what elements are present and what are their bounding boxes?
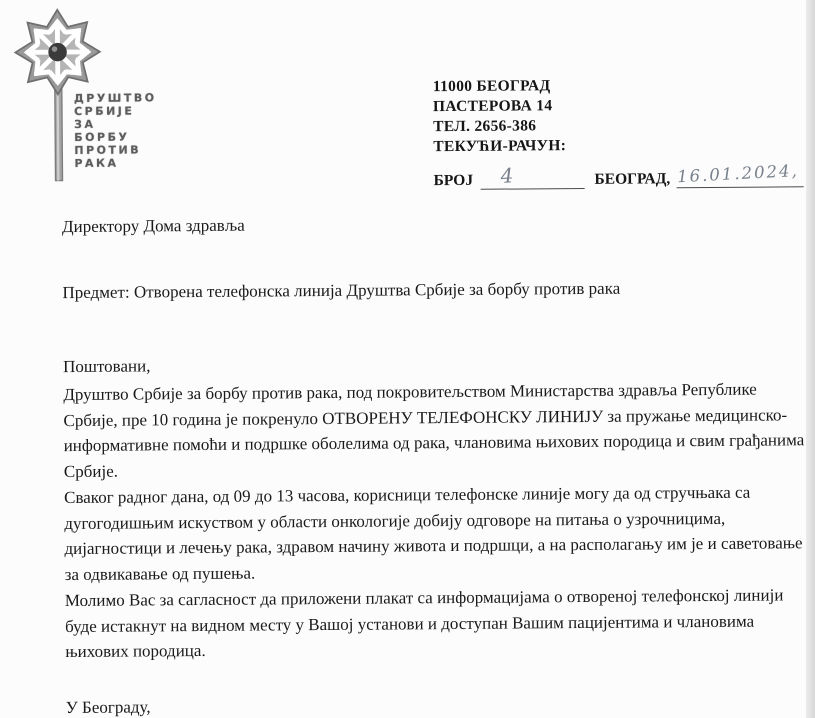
org-name-line: ДРУШТВО (74, 91, 157, 105)
date-blank: 16.01.2024, (676, 166, 804, 188)
number-label: БРОЈ (434, 172, 474, 190)
scanned-letter-page: ДРУШТВО СРБИЈЕ ЗА БОРБУ ПРОТИВ РАКА 1100… (0, 0, 815, 718)
address-city: 11000 БЕОГРАД (433, 76, 566, 97)
paragraph-hours: Сваког радног дана, од 09 до 13 часова, … (64, 479, 813, 587)
paragraph-intro: Друштво Србије за борбу против рака, под… (63, 376, 812, 484)
subject-line: Предмет: Отворена телефонска линија Друш… (62, 274, 810, 305)
number-blank: 4 (481, 168, 585, 190)
handwritten-date: 16.01.2024, (676, 161, 799, 186)
handwritten-number: 4 (500, 163, 514, 188)
salutation: Поштовани, (63, 348, 811, 379)
letter-content: ДРУШТВО СРБИЈЕ ЗА БОРБУ ПРОТИВ РАКА 1100… (0, 0, 815, 718)
org-logo: ДРУШТВО СРБИЈЕ ЗА БОРБУ ПРОТИВ РАКА (13, 7, 184, 188)
org-name-line: РАКА (74, 156, 157, 170)
org-name-line: БОРБУ (74, 130, 157, 144)
org-name-line: ПРОТИВ (74, 143, 157, 157)
reference-line: БРОЈ 4 БЕОГРАД, 16.01.2024, (434, 166, 804, 190)
recipient-line: Директору Дома здравља (62, 208, 810, 239)
address-account: ТЕКУЋИ-РАЧУН: (433, 136, 566, 157)
closing-city-line: У Београду, (66, 689, 814, 718)
address-street: ПАСТЕРОВА 14 (433, 96, 566, 117)
scanner-edge-shadow (806, 0, 815, 718)
letterhead-address: 11000 БЕОГРАД ПАСТЕРОВА 14 ТЕЛ. 2656-386… (433, 76, 566, 157)
org-name-line: ЗА (74, 117, 157, 131)
city-label: БЕОГРАД, (594, 170, 670, 189)
org-name-block: ДРУШТВО СРБИЈЕ ЗА БОРБУ ПРОТИВ РАКА (74, 91, 157, 170)
address-phone: ТЕЛ. 2656-386 (433, 116, 566, 137)
org-name-line: СРБИЈЕ (74, 104, 157, 118)
paragraph-request: Молимо Вас за сагласност да приложени пл… (65, 582, 814, 664)
